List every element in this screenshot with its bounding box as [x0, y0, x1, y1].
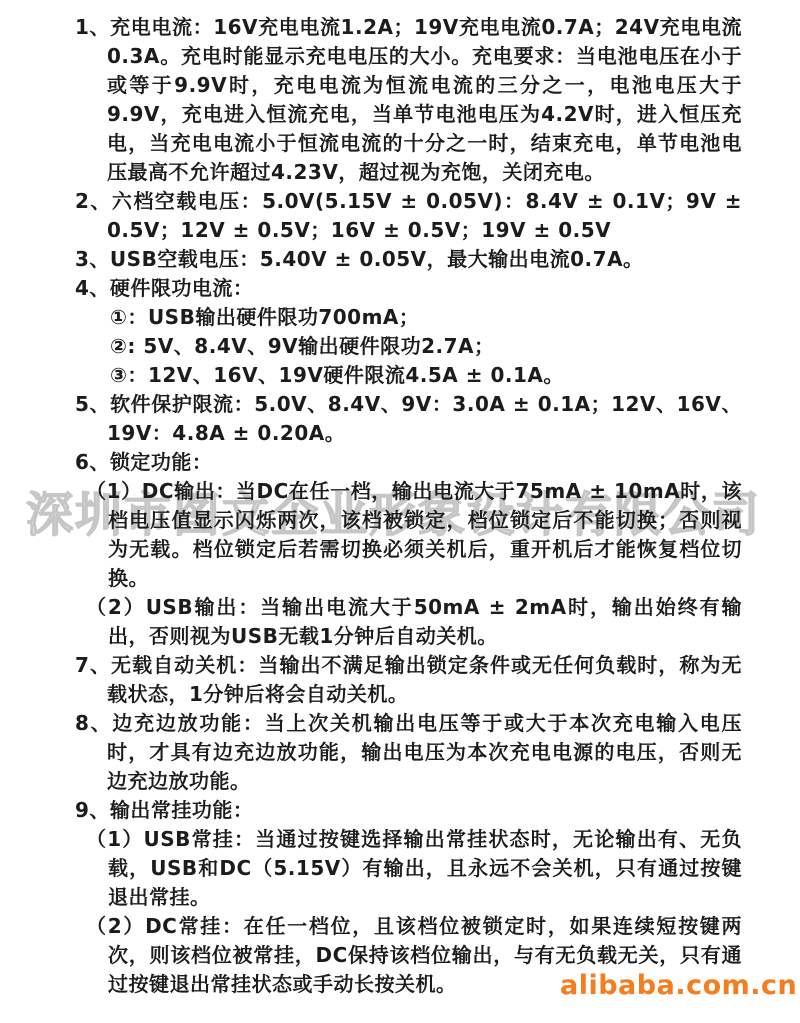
- spec-list: 1、充电电流：16V充电电流1.2A；19V充电电流0.7A；24V充电电流0.…: [0, 13, 742, 999]
- list-item: 7、无载自动关机：当输出不满足输出锁定条件或无任何负载时，称为无载状态，1分钟后…: [0, 651, 742, 709]
- item-marker: 6、: [75, 450, 110, 474]
- item-marker: 2、: [75, 189, 112, 213]
- item-text: 软件保护限流：5.0V、8.4V、9V：3.0A ± 0.1A；12V、16V、…: [107, 392, 742, 445]
- list-item: ③：12V、16V、19V硬件限流4.5A ± 0.1A。: [0, 361, 742, 390]
- spec-document-page: 深圳市图文企业形象设计有限公司 1、充电电流：16V充电电流1.2A；19V充电…: [0, 0, 800, 1023]
- item-marker: ③：: [110, 363, 148, 387]
- item-text: USB常挂：当通过按键选择输出常挂状态时，无论输出有、无负载，USB和DC（5.…: [108, 827, 742, 909]
- item-marker: （1）: [86, 479, 142, 503]
- list-item: （2）USB输出：当输出电流大于50mA ± 2mA时，输出始终有输出，否则视为…: [0, 593, 742, 651]
- item-marker: 3、: [75, 247, 110, 271]
- item-marker: 4、: [75, 276, 110, 300]
- item-text: 充电电流：16V充电电流1.2A；19V充电电流0.7A；24V充电电流0.3A…: [107, 15, 742, 184]
- list-item: 1、充电电流：16V充电电流1.2A；19V充电电流0.7A；24V充电电流0.…: [0, 13, 742, 187]
- item-text: USB输出：当输出电流大于50mA ± 2mA时，输出始终有输出，否则视为USB…: [108, 595, 742, 648]
- list-item: 3、USB空载电压：5.40V ± 0.05V，最大输出电流0.7A。: [0, 245, 742, 274]
- item-text: 无载自动关机：当输出不满足输出锁定条件或无任何负载时，称为无载状态，1分钟后将会…: [107, 653, 742, 706]
- item-text: 六档空载电压：5.0V(5.15V ± 0.05V)：8.4V ± 0.1V；9…: [107, 189, 742, 242]
- item-marker: ②:: [110, 334, 143, 358]
- item-marker: 9、: [75, 798, 110, 822]
- item-text: DC输出：当DC在任一档，输出电流大于75mA ± 10mA时，该档电压值显示闪…: [108, 479, 742, 590]
- list-item: （1）DC输出：当DC在任一档，输出电流大于75mA ± 10mA时，该档电压值…: [0, 477, 742, 593]
- item-marker: （1）: [86, 827, 144, 851]
- list-item: ②: 5V、8.4V、9V输出硬件限功2.7A；: [0, 332, 742, 361]
- list-item: ①：USB输出硬件限功700mA；: [0, 303, 742, 332]
- list-item: 9、输出常挂功能：: [0, 796, 742, 825]
- item-text: 输出常挂功能：: [110, 798, 254, 822]
- list-item: 2、六档空载电压：5.0V(5.15V ± 0.05V)：8.4V ± 0.1V…: [0, 187, 742, 245]
- item-text: USB空载电压：5.40V ± 0.05V，最大输出电流0.7A。: [110, 247, 644, 271]
- item-text: 边充边放功能：当上次关机输出电压等于或大于本次充电输入电压时，才具有边充边放功能…: [107, 711, 742, 793]
- list-item: 8、边充边放功能：当上次关机输出电压等于或大于本次充电输入电压时，才具有边充边放…: [0, 709, 742, 796]
- list-item: 4、硬件限功电流：: [0, 274, 742, 303]
- item-marker: 5、: [75, 392, 110, 416]
- item-text: 12V、16V、19V硬件限流4.5A ± 0.1A。: [148, 363, 564, 387]
- item-text: USB输出硬件限功700mA；: [148, 305, 419, 329]
- item-marker: ①：: [110, 305, 148, 329]
- item-text: 5V、8.4V、9V输出硬件限功2.7A；: [143, 334, 494, 358]
- list-item: 5、软件保护限流：5.0V、8.4V、9V：3.0A ± 0.1A；12V、16…: [0, 390, 742, 448]
- alibaba-watermark: alibaba.com.cn: [560, 970, 797, 1001]
- item-marker: （2）: [86, 914, 145, 938]
- list-item: （1）USB常挂：当通过按键选择输出常挂状态时，无论输出有、无负载，USB和DC…: [0, 825, 742, 912]
- item-marker: 7、: [75, 653, 111, 677]
- item-marker: （2）: [86, 595, 146, 619]
- item-text: 硬件限功电流：: [110, 276, 254, 300]
- list-item: 6、锁定功能：: [0, 448, 742, 477]
- item-text: 锁定功能：: [110, 450, 213, 474]
- item-marker: 8、: [75, 711, 112, 735]
- item-marker: 1、: [75, 15, 110, 39]
